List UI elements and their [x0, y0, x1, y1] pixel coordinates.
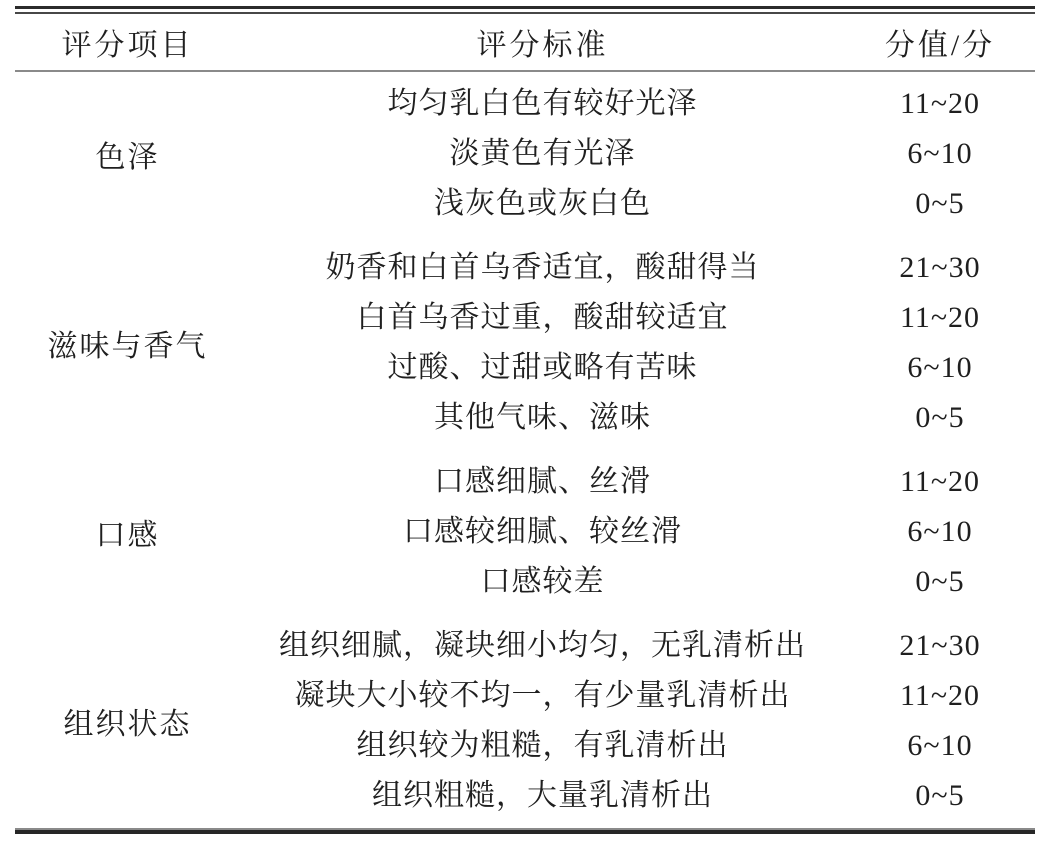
- score-range: 11~20: [845, 293, 1035, 343]
- header-scoring-item: 评分项目: [15, 20, 240, 64]
- criterion-text: 组织细腻，凝块细小均匀，无乳清析出: [240, 621, 845, 671]
- category-rows: 奶香和白首乌香适宜，酸甜得当 21~30 白首乌香过重，酸甜较适宜 11~20 …: [240, 243, 1035, 443]
- header-score-value: 分值/分: [845, 20, 1035, 64]
- score-range: 21~30: [845, 621, 1035, 671]
- table-row: 口感较差 0~5: [240, 557, 1035, 607]
- score-range: 11~20: [845, 457, 1035, 507]
- score-range: 11~20: [845, 671, 1035, 721]
- score-range: 0~5: [845, 771, 1035, 821]
- table-header-row: 评分项目 评分标准 分值/分: [15, 14, 1035, 70]
- criterion-text: 口感较差: [240, 557, 845, 607]
- table-row: 白首乌香过重，酸甜较适宜 11~20: [240, 293, 1035, 343]
- header-scoring-criteria: 评分标准: [240, 20, 845, 64]
- table-row: 凝块大小较不均一，有少量乳清析出 11~20: [240, 671, 1035, 721]
- score-range: 6~10: [845, 507, 1035, 557]
- criterion-text: 均匀乳白色有较好光泽: [240, 79, 845, 129]
- criterion-text: 组织较为粗糙，有乳清析出: [240, 721, 845, 771]
- score-range: 21~30: [845, 243, 1035, 293]
- criterion-text: 口感较细腻、较丝滑: [240, 507, 845, 557]
- table-row: 其他气味、滋味 0~5: [240, 393, 1035, 443]
- category-name: 口感: [15, 457, 240, 607]
- rating-category-group: 滋味与香气 奶香和白首乌香适宜，酸甜得当 21~30 白首乌香过重，酸甜较适宜 …: [15, 236, 1035, 450]
- criterion-text: 奶香和白首乌香适宜，酸甜得当: [240, 243, 845, 293]
- criterion-text: 凝块大小较不均一，有少量乳清析出: [240, 671, 845, 721]
- score-range: 11~20: [845, 79, 1035, 129]
- table-row: 过酸、过甜或略有苦味 6~10: [240, 343, 1035, 393]
- table-row: 组织较为粗糙，有乳清析出 6~10: [240, 721, 1035, 771]
- criterion-text: 组织粗糙，大量乳清析出: [240, 771, 845, 821]
- category-name: 色泽: [15, 79, 240, 229]
- rating-category-group: 组织状态 组织细腻，凝块细小均匀，无乳清析出 21~30 凝块大小较不均一，有少…: [15, 614, 1035, 828]
- criterion-text: 白首乌香过重，酸甜较适宜: [240, 293, 845, 343]
- table-row: 均匀乳白色有较好光泽 11~20: [240, 79, 1035, 129]
- score-range: 6~10: [845, 343, 1035, 393]
- score-range: 0~5: [845, 393, 1035, 443]
- criterion-text: 淡黄色有光泽: [240, 129, 845, 179]
- table-row: 组织粗糙，大量乳清析出 0~5: [240, 771, 1035, 821]
- score-range: 0~5: [845, 179, 1035, 229]
- category-name: 组织状态: [15, 621, 240, 821]
- table-row: 口感较细腻、较丝滑 6~10: [240, 507, 1035, 557]
- category-name: 滋味与香气: [15, 243, 240, 443]
- table-body: 色泽 均匀乳白色有较好光泽 11~20 淡黄色有光泽 6~10 浅灰色或灰白色 …: [15, 72, 1035, 828]
- category-rows: 均匀乳白色有较好光泽 11~20 淡黄色有光泽 6~10 浅灰色或灰白色 0~5: [240, 79, 1035, 229]
- rating-category-group: 色泽 均匀乳白色有较好光泽 11~20 淡黄色有光泽 6~10 浅灰色或灰白色 …: [15, 72, 1035, 236]
- category-rows: 口感细腻、丝滑 11~20 口感较细腻、较丝滑 6~10 口感较差 0~5: [240, 457, 1035, 607]
- criterion-text: 浅灰色或灰白色: [240, 179, 845, 229]
- scoring-table: 评分项目 评分标准 分值/分 色泽 均匀乳白色有较好光泽 11~20 淡黄色有光…: [15, 0, 1035, 834]
- score-range: 0~5: [845, 557, 1035, 607]
- table-top-rule: [15, 6, 1035, 14]
- category-rows: 组织细腻，凝块细小均匀，无乳清析出 21~30 凝块大小较不均一，有少量乳清析出…: [240, 621, 1035, 821]
- criterion-text: 口感细腻、丝滑: [240, 457, 845, 507]
- score-range: 6~10: [845, 721, 1035, 771]
- table-bottom-rule: [15, 828, 1035, 834]
- table-row: 口感细腻、丝滑 11~20: [240, 457, 1035, 507]
- rating-category-group: 口感 口感细腻、丝滑 11~20 口感较细腻、较丝滑 6~10 口感较差 0~5: [15, 450, 1035, 614]
- criterion-text: 其他气味、滋味: [240, 393, 845, 443]
- criterion-text: 过酸、过甜或略有苦味: [240, 343, 845, 393]
- score-range: 6~10: [845, 129, 1035, 179]
- table-row: 淡黄色有光泽 6~10: [240, 129, 1035, 179]
- table-row: 奶香和白首乌香适宜，酸甜得当 21~30: [240, 243, 1035, 293]
- table-row: 浅灰色或灰白色 0~5: [240, 179, 1035, 229]
- table-row: 组织细腻，凝块细小均匀，无乳清析出 21~30: [240, 621, 1035, 671]
